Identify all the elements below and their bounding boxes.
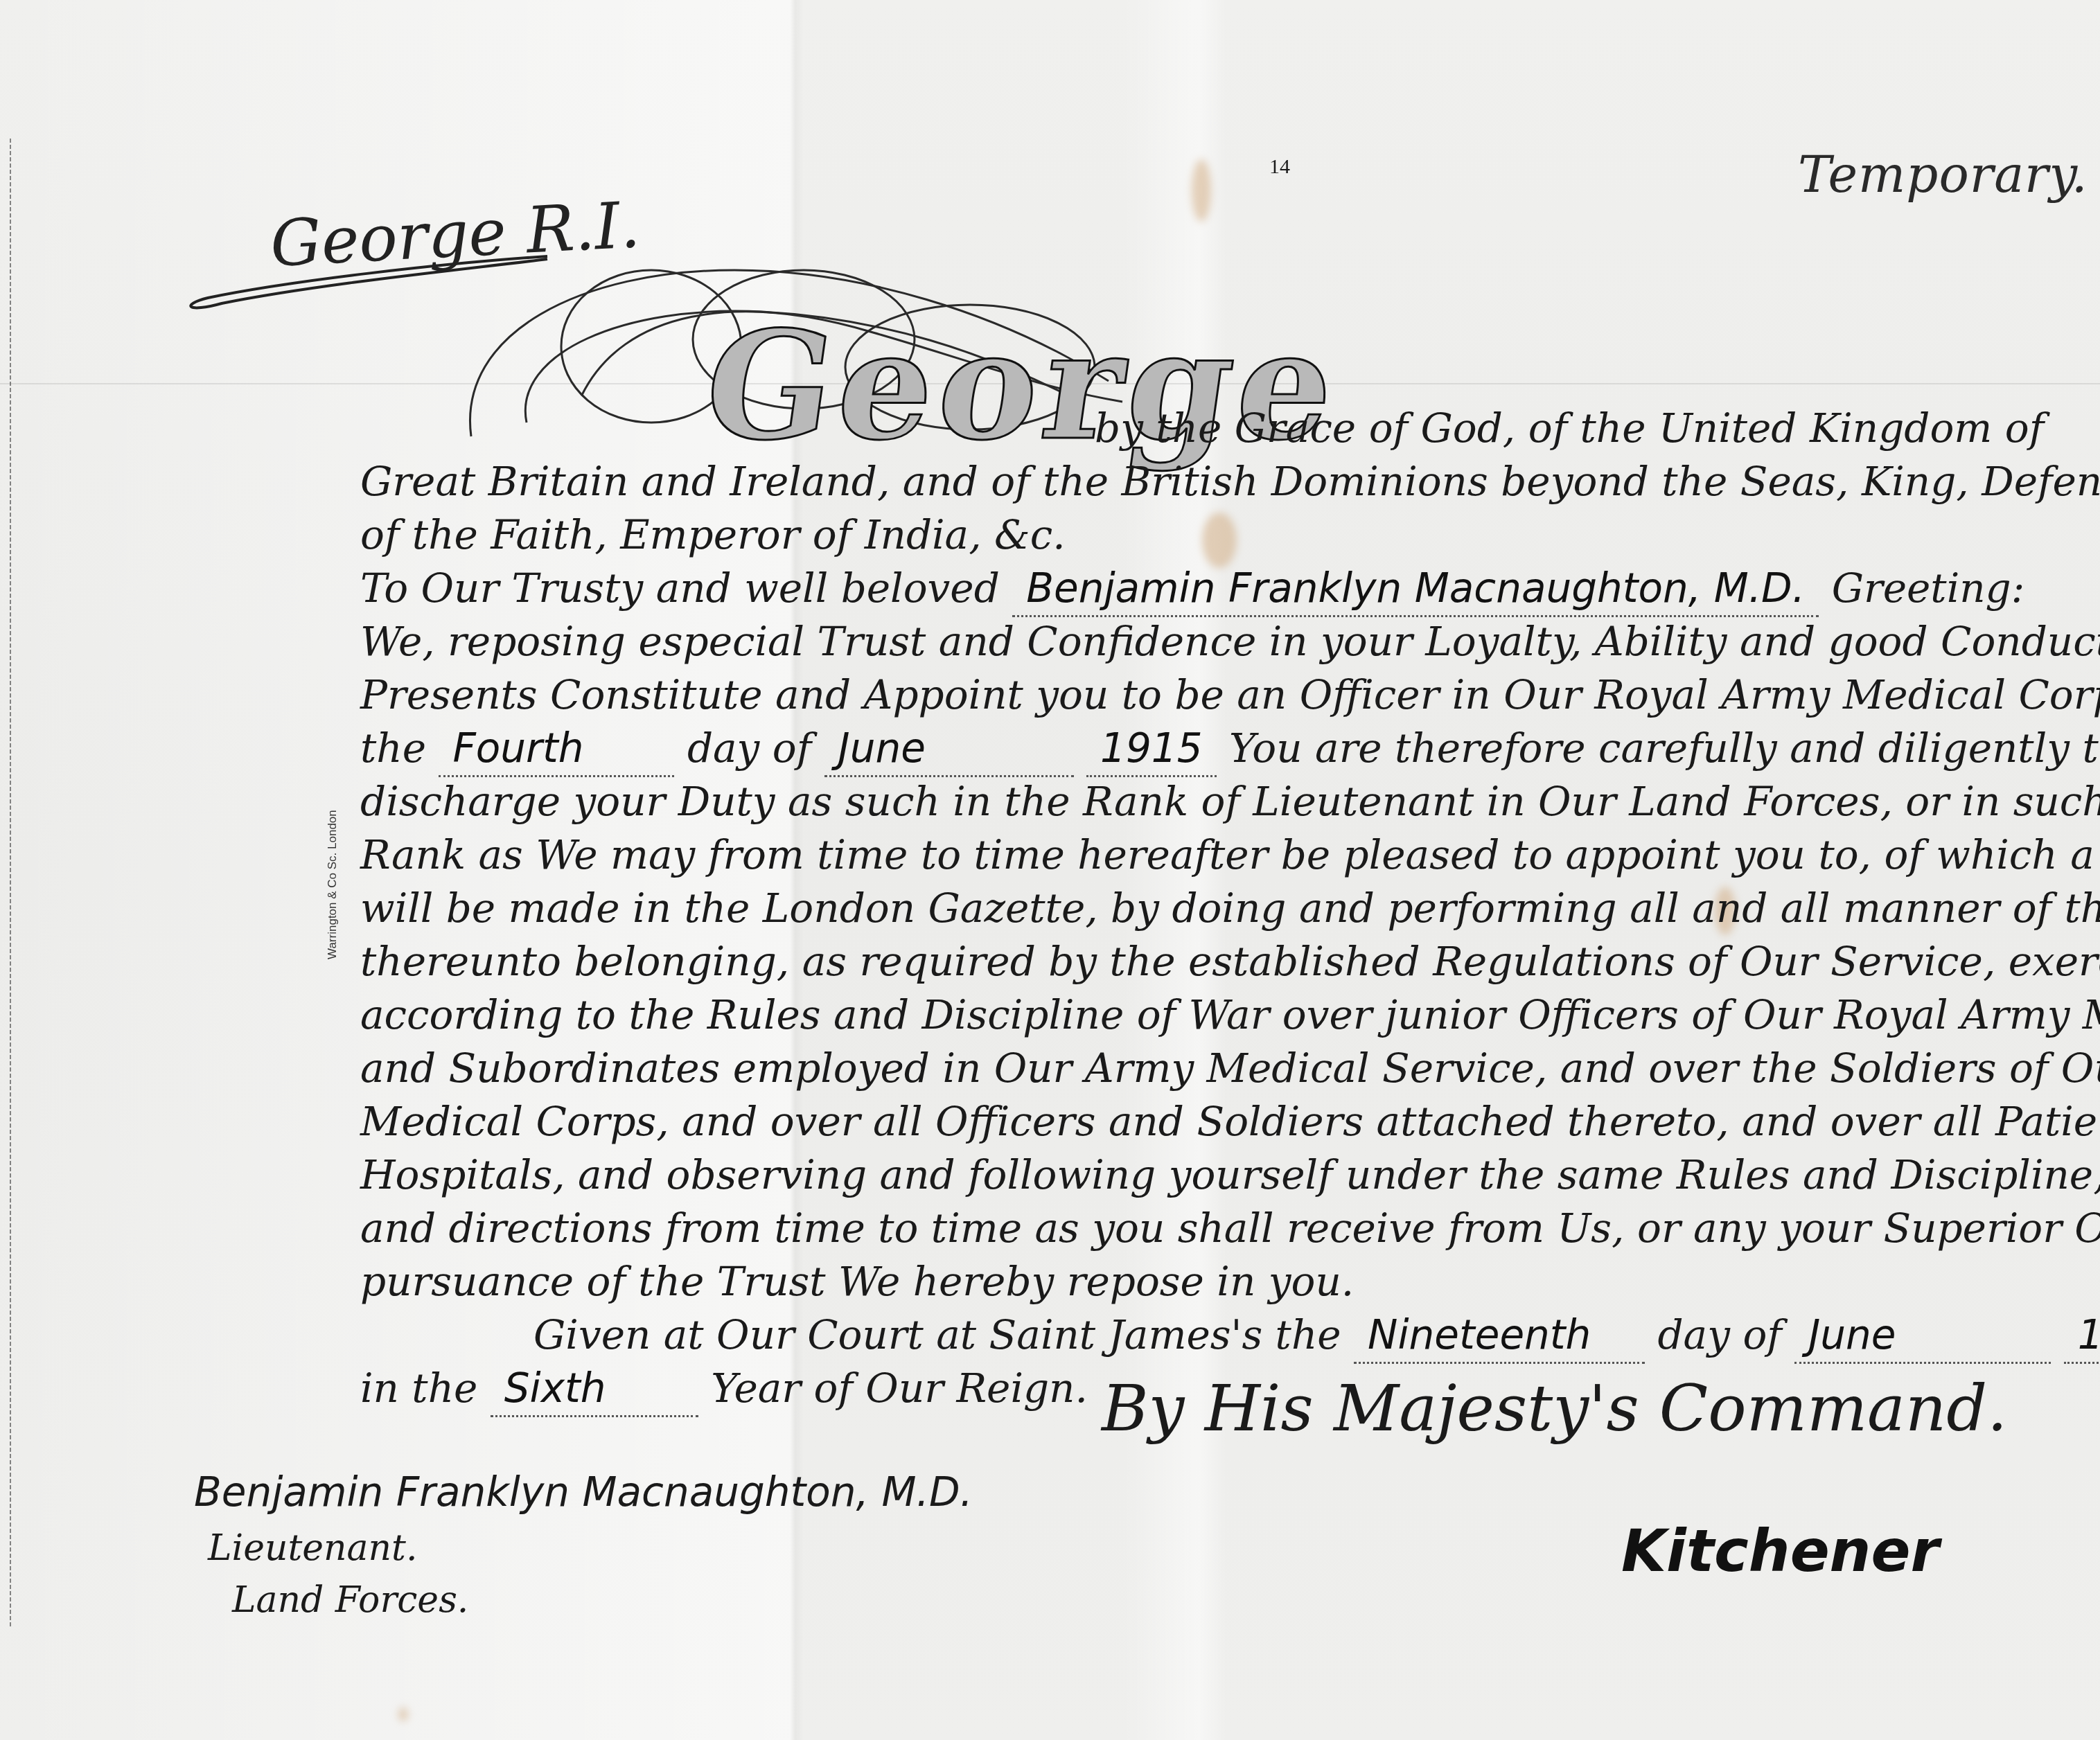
body-line: Medical Corps, and over all Officers and… [360, 1095, 1995, 1148]
greeting-prefix: To Our Trusty and well beloved [360, 565, 1000, 612]
greeting-suffix: Greeting: [1832, 565, 2025, 612]
greeting-line: To Our Trusty and well beloved Benjamin … [360, 562, 1995, 615]
given-month-field: June [1794, 1308, 2051, 1364]
body-line: of the Faith, Emperor of India, &c. [360, 508, 1995, 562]
reign-year-field: Sixth [491, 1362, 698, 1417]
secretary-signature: Kitchener [1621, 1517, 1939, 1585]
given-date-line: Given at Our Court at Saint James's the … [360, 1308, 1995, 1362]
body-line: and directions from time to time as you … [360, 1202, 1995, 1255]
reign-prefix: in the [360, 1365, 477, 1412]
effective-year-field: 1915 [1086, 722, 1217, 777]
command-line: By His Majesty's Command. [1102, 1371, 2007, 1446]
appointee-name-field: Benjamin Franklyn Macnaughton, M.D. [1012, 562, 1819, 617]
body-line: will be made in the London Gazette, by d… [360, 882, 1995, 935]
body-line: according to the Rules and Discipline of… [360, 988, 1995, 1042]
day-of-label: day of [687, 725, 811, 772]
effective-month-field: June [824, 722, 1074, 777]
body-line: by the Grace of God, of the United Kingd… [360, 402, 1995, 455]
given-day-field: Nineteenth [1354, 1308, 1645, 1364]
date-suffix: You are therefore carefully and diligent… [1229, 725, 2100, 772]
day-of-label: day of [1657, 1311, 1781, 1358]
effective-date-line: the Fourth day of June 1915 You are ther… [360, 722, 1995, 775]
reign-suffix: Year of Our Reign. [711, 1365, 1088, 1412]
body-line: and Subordinates employed in Our Army Me… [360, 1042, 1995, 1095]
body-line: discharge your Duty as such in the Rank … [360, 775, 1995, 828]
body-line: thereunto belonging, as required by the … [360, 935, 1995, 988]
commission-body: by the Grace of God, of the United Kingd… [360, 402, 1995, 1415]
given-prefix: Given at Our Court at Saint James's the [360, 1311, 1341, 1358]
page-number: 14 [1269, 155, 1290, 179]
body-line: pursuance of the Trust We hereby repose … [360, 1255, 1995, 1308]
body-line: Rank as We may from time to time hereaft… [360, 828, 1995, 882]
margin-rule [10, 139, 11, 1628]
addressee-rank: Lieutenant. [208, 1527, 418, 1569]
addressee-name: Benjamin Franklyn Macnaughton, M.D. [194, 1468, 973, 1516]
body-line: We, reposing especial Trust and Confiden… [360, 615, 1995, 668]
temporary-mark: Temporary. [1798, 145, 2088, 204]
body-line: Hospitals, and observing and following y… [360, 1148, 1995, 1202]
date-prefix: the [360, 725, 426, 772]
effective-day-field: Fourth [439, 722, 674, 777]
printer-imprint: Warrington & Co Sc. London [326, 810, 339, 959]
body-line: Presents Constitute and Appoint you to b… [360, 668, 1995, 722]
given-year-field: 1915 [2064, 1308, 2100, 1364]
foxing-stain [1192, 159, 1211, 222]
body-line: Great Britain and Ireland, and of the Br… [360, 455, 1995, 508]
addressee-branch: Land Forces. [232, 1579, 468, 1621]
foxing-stain [398, 1707, 408, 1721]
